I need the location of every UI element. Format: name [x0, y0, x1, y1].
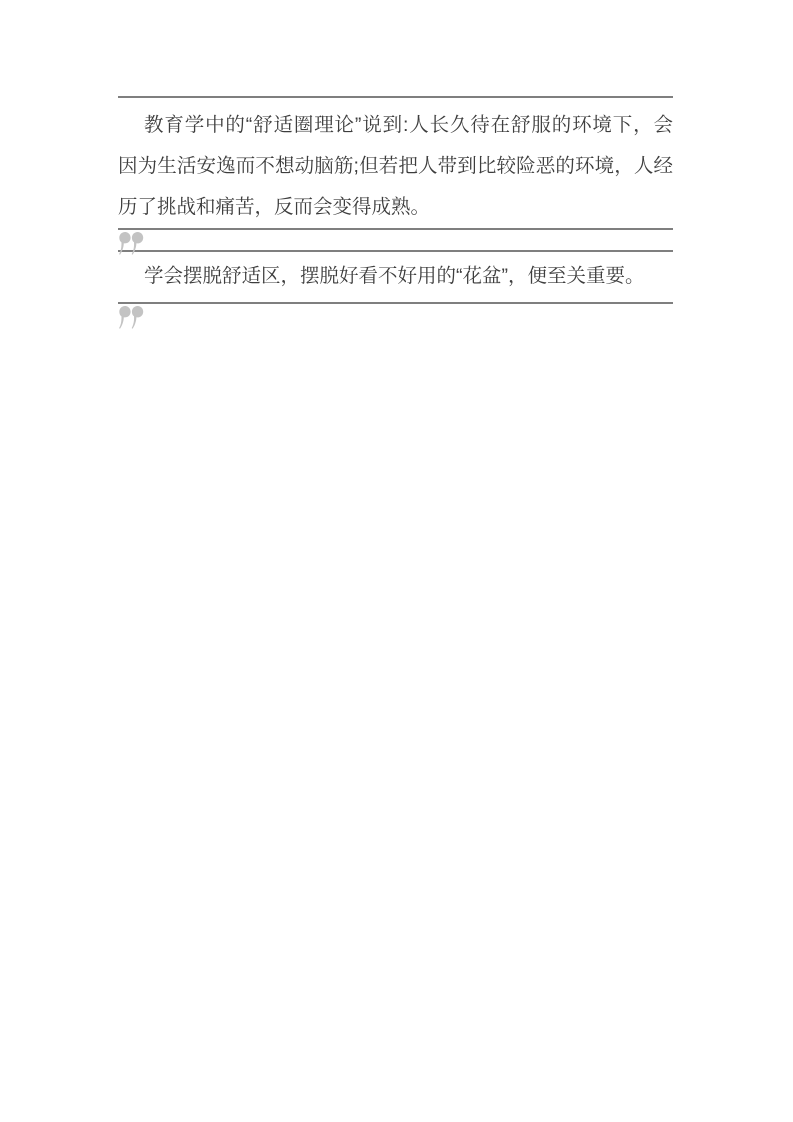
quote-1-line-3: 历了挑战和痛苦，反而会变得成熟。: [118, 187, 673, 228]
quote-block-1: 教育学中的“舒适圈理论”说到:人长久待在舒服的环境下，会 因为生活安逸而不想动脑…: [118, 96, 673, 230]
quote-1-line-1: 教育学中的“舒适圈理论”说到:人长久待在舒服的环境下，会: [118, 105, 673, 146]
closing-quote-icon: [118, 230, 673, 250]
quote-1-line-2: 因为生活安逸而不想动脑筋;但若把人带到比较险恶的环境，人经: [118, 146, 673, 187]
quote-2-line-1: 学会摆脱舒适区，摆脱好看不好用的“花盆”，便至关重要。: [118, 256, 673, 297]
closing-quote-icon: [118, 304, 673, 324]
quote-block-2: 学会摆脱舒适区，摆脱好看不好用的“花盆”，便至关重要。: [118, 250, 673, 304]
document-page: 教育学中的“舒适圈理论”说到:人长久待在舒服的环境下，会 因为生活安逸而不想动脑…: [0, 0, 793, 1122]
document-content: 教育学中的“舒适圈理论”说到:人长久待在舒服的环境下，会 因为生活安逸而不想动脑…: [118, 96, 673, 324]
